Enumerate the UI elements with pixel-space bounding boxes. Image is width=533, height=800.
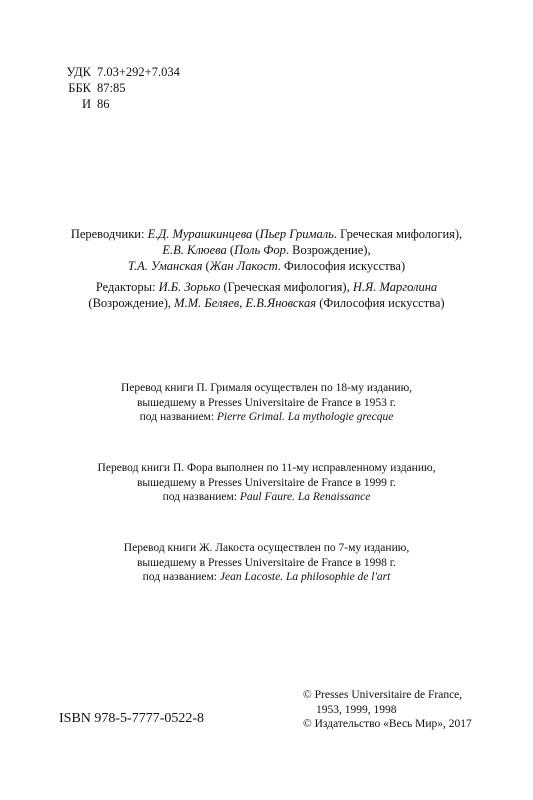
translators-label: Переводчики:	[71, 227, 145, 241]
editor-work: (Философия искусства)	[319, 296, 444, 310]
editors-block: Редакторы: И.Б. Зорько (Греческая мифоло…	[40, 279, 493, 311]
edition-line: вышедшему в Presses Universitaire de Fra…	[40, 556, 493, 571]
translator-name: Е.Д. Мурашкинцева	[148, 227, 253, 241]
author-sign-value: 86	[97, 96, 110, 112]
translators-block: Переводчики: Е.Д. Мурашкинцева (Пьер Гри…	[40, 226, 493, 274]
edition-note-faure: Перевод книги П. Фора выполнен по 11-му …	[40, 461, 493, 505]
copyright-block: © Presses Universitaire de France, 1953,…	[303, 688, 472, 732]
original-title: Jean Lacoste. La philosophie de l'art	[220, 571, 390, 583]
work-title: Греческая мифология	[340, 227, 455, 241]
author-sign-label: И	[59, 96, 97, 112]
edition-line: Перевод книги Ж. Лакоста осуществлен по …	[40, 541, 493, 556]
classification-codes: УДК 7.03+292+7.034 ББК 87:85 И 86	[59, 64, 180, 112]
editor-name: И.Б. Зорько	[159, 280, 221, 294]
translator-line-3: Т.А. Уманская (Жан Лакост. Философия иск…	[40, 258, 493, 274]
copyright-line: © Издательство «Весь Мир», 2017	[303, 717, 472, 732]
author-sign-row: И 86	[59, 96, 180, 112]
editor-name: М.М. Беляев, Е.В.Яновская	[174, 296, 316, 310]
isbn: ISBN 978-5-7777-0522-8	[59, 711, 204, 727]
edition-prefix: под названием:	[140, 411, 217, 423]
bbk-label: ББК	[59, 80, 97, 96]
edition-prefix: под названием:	[143, 571, 220, 583]
translator-name: Т.А. Уманская	[128, 259, 203, 273]
edition-line: Перевод книги П. Грималя осуществлен по …	[40, 381, 493, 396]
edition-title-line: под названием: Jean Lacoste. La philosop…	[40, 570, 493, 585]
udk-row: УДК 7.03+292+7.034	[59, 64, 180, 80]
editor-work: (Греческая мифология),	[224, 280, 350, 294]
punct: ),	[455, 227, 462, 241]
work-title: Философия искусства	[284, 259, 401, 273]
edition-line: Перевод книги П. Фора выполнен по 11-му …	[40, 461, 493, 476]
edition-title-line: под названием: Paul Faure. La Renaissanc…	[40, 490, 493, 505]
udk-label: УДК	[59, 64, 97, 80]
translator-line-1: Переводчики: Е.Д. Мурашкинцева (Пьер Гри…	[40, 226, 493, 242]
edition-prefix: под названием:	[163, 491, 240, 503]
translator-name: Е.В. Клюева	[162, 243, 226, 257]
editors-line-2: (Возрождение), М.М. Беляев, Е.В.Яновская…	[40, 295, 493, 311]
original-author: Жан Лакост	[210, 259, 278, 273]
bbk-value: 87:85	[97, 80, 125, 96]
original-author: Поль Фор	[234, 243, 286, 257]
udk-value: 7.03+292+7.034	[97, 64, 180, 80]
copyright-years: 1953, 1999, 1998	[303, 703, 472, 718]
editor-name: Н.Я. Марголина	[353, 280, 437, 294]
bbk-row: ББК 87:85	[59, 80, 180, 96]
editor-work: (Возрождение),	[88, 296, 171, 310]
original-title: Pierre Grimal. La mythologie grecque	[217, 411, 393, 423]
editors-label: Редакторы:	[96, 280, 156, 294]
edition-title-line: под названием: Pierre Grimal. La mytholo…	[40, 410, 493, 425]
work-title: Возрождение	[292, 243, 363, 257]
punct: ),	[363, 243, 370, 257]
original-author: Пьер Грималь	[260, 227, 334, 241]
edition-note-lacoste: Перевод книги Ж. Лакоста осуществлен по …	[40, 541, 493, 585]
punct: )	[401, 259, 405, 273]
edition-line: вышедшему в Presses Universitaire de Fra…	[40, 476, 493, 491]
edition-line: вышедшему в Presses Universitaire de Fra…	[40, 396, 493, 411]
original-title: Paul Faure. La Renaissance	[240, 491, 371, 503]
editors-line-1: Редакторы: И.Б. Зорько (Греческая мифоло…	[40, 279, 493, 295]
translator-line-2: Е.В. Клюева (Поль Фор. Возрождение),	[40, 242, 493, 258]
copyright-line: © Presses Universitaire de France,	[303, 688, 472, 703]
edition-note-grimal: Перевод книги П. Грималя осуществлен по …	[40, 381, 493, 425]
